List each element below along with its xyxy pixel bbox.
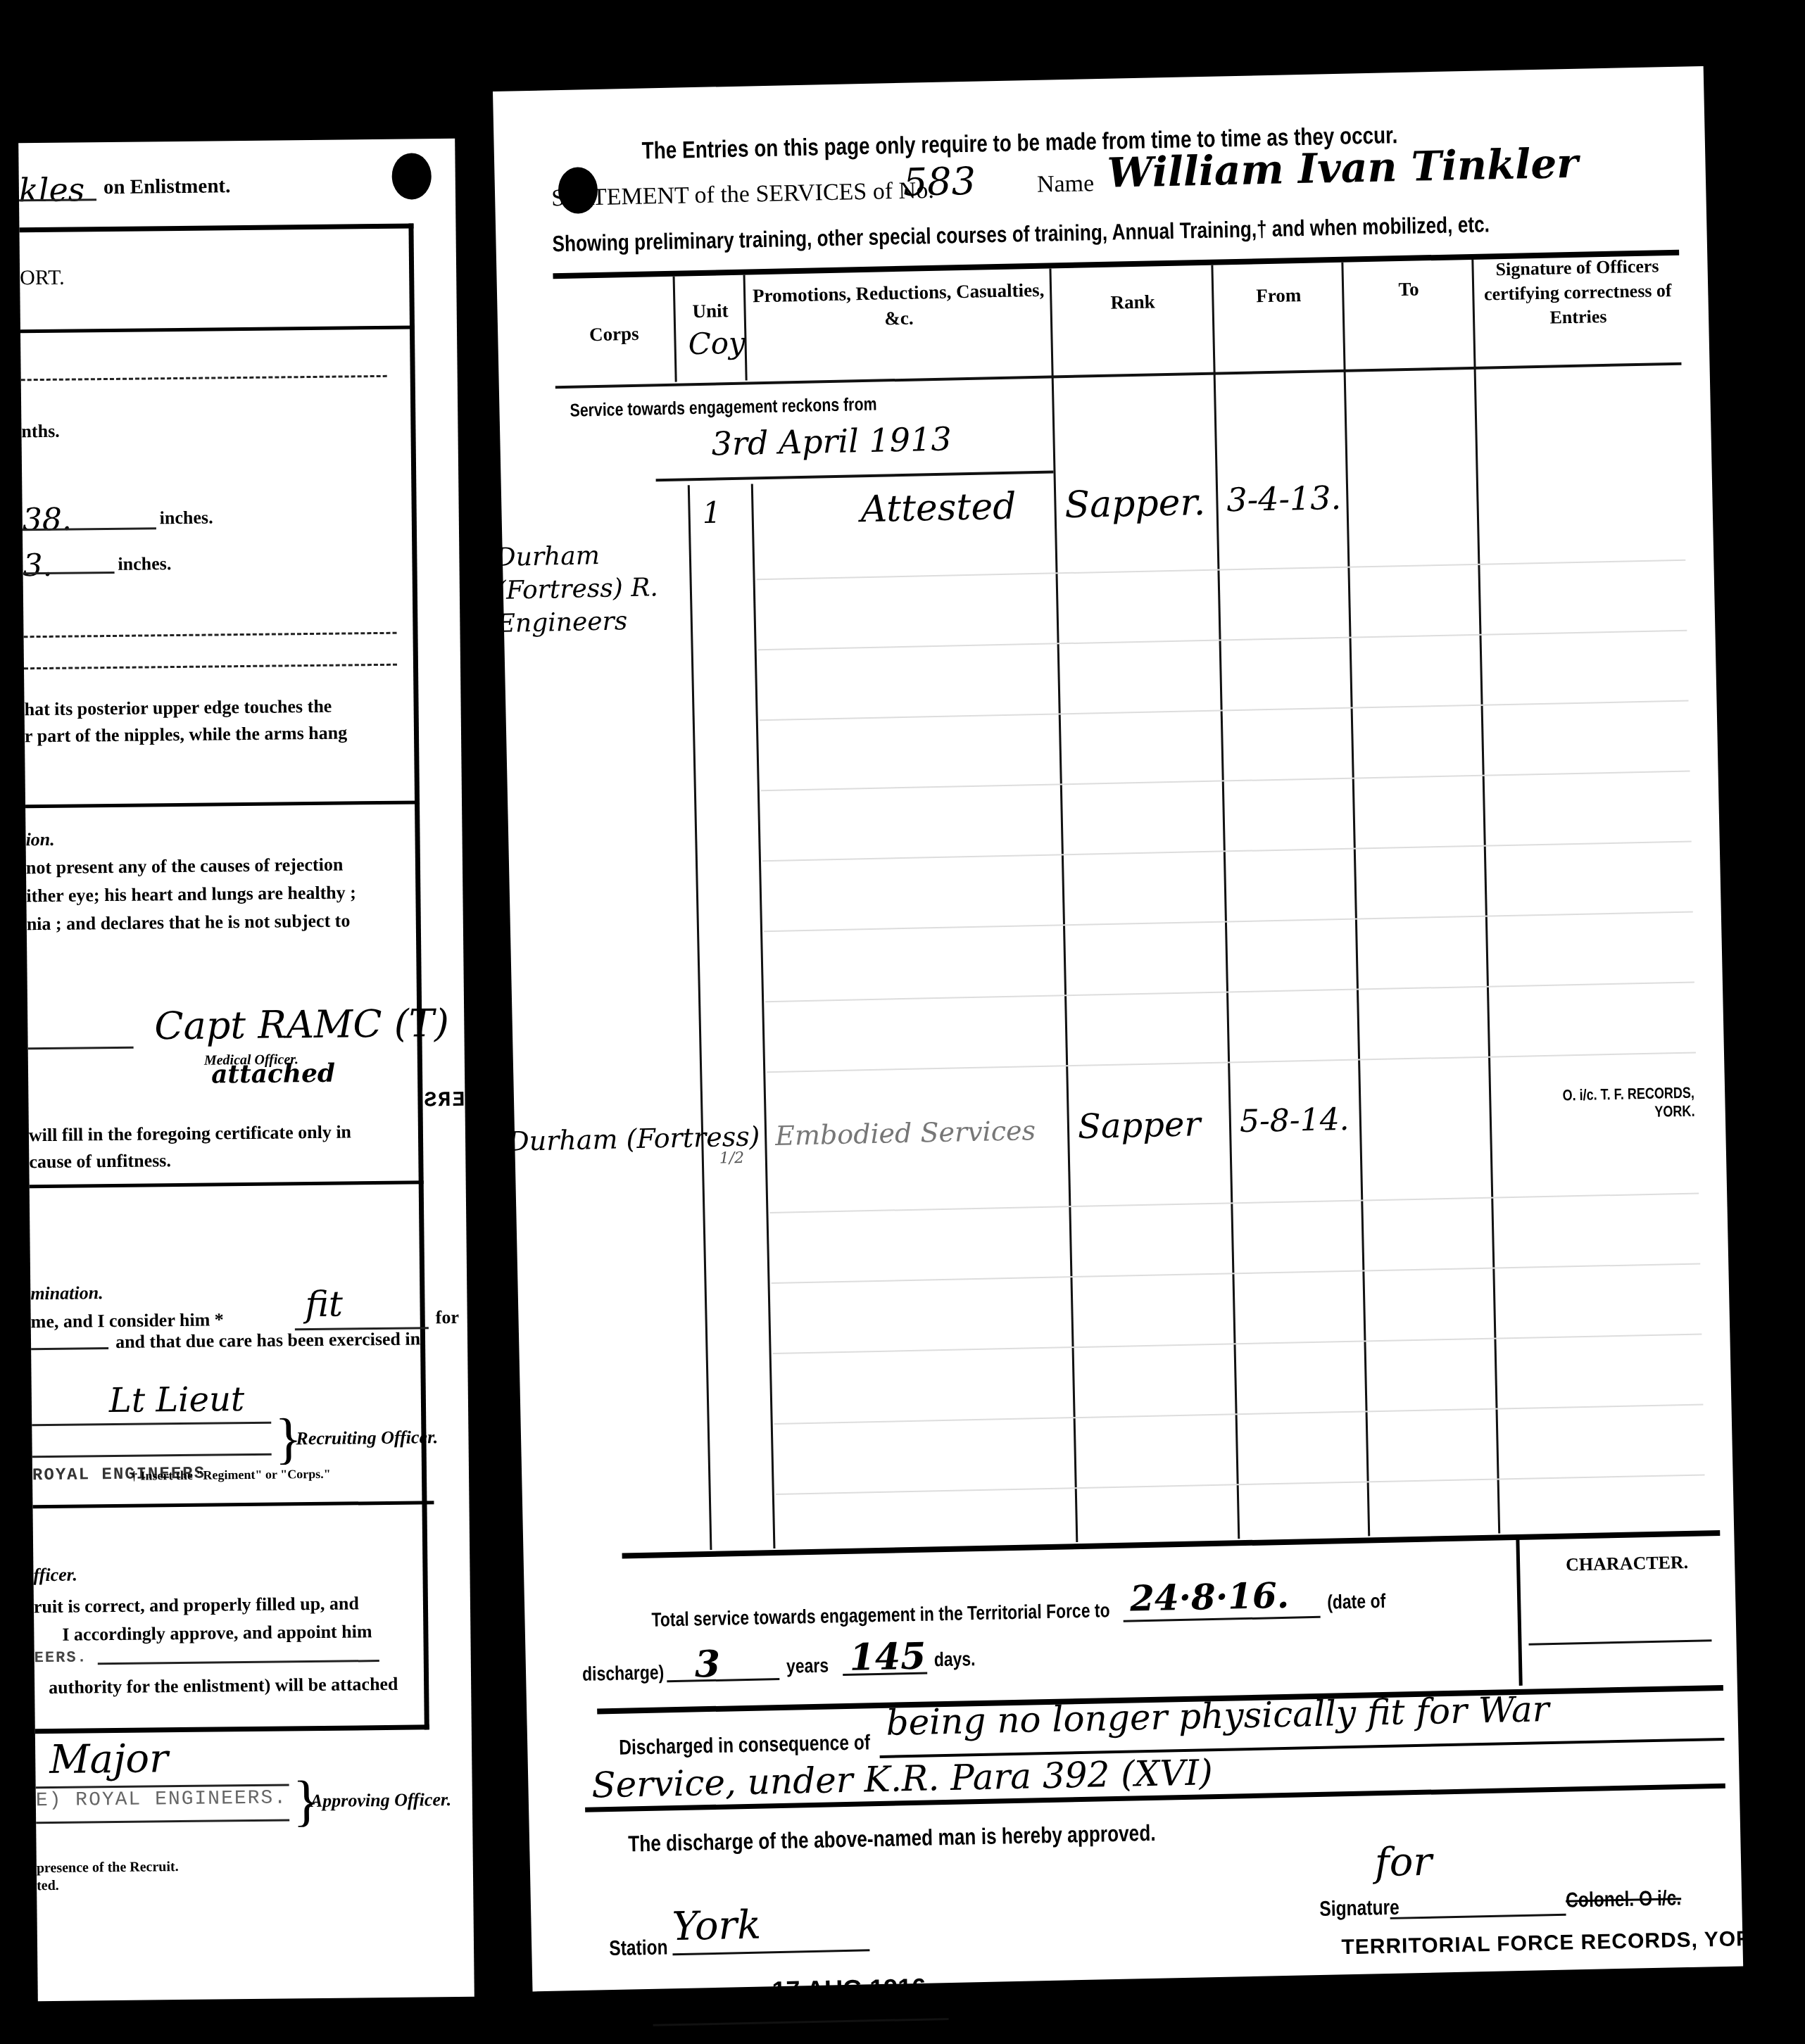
approving-officer-label: Approving Officer.	[310, 1789, 452, 1812]
colonel-signature: for	[1374, 1839, 1433, 1886]
ruled-line	[773, 1333, 1702, 1354]
recruiting-officer-signature: Lt Lieut	[109, 1380, 245, 1420]
col-header-unit: Unit	[677, 298, 744, 324]
row1-corps: Durham (Fortress) R. Engineers	[495, 538, 694, 641]
col-divider	[1471, 260, 1500, 1534]
chest-max-value: 38.	[23, 502, 73, 538]
discharge-paren: discharge)	[582, 1661, 665, 1685]
ruled-line	[758, 630, 1687, 651]
header-rule	[555, 362, 1682, 389]
attached-handwriting: attached	[211, 1059, 336, 1090]
examination-heading: ion.	[25, 829, 54, 850]
service-reckons-date: 3rd April 1913	[711, 419, 952, 462]
underline	[36, 1819, 289, 1824]
character-line	[1528, 1639, 1711, 1645]
station-value: York	[672, 1903, 762, 1950]
unit-handwritten: Coy	[688, 326, 746, 362]
total-service-date: 24·8·16.	[1129, 1575, 1289, 1620]
measurement-text-2: r part of the nipples, while the arms ha…	[25, 722, 347, 747]
medical-officer-signature: Capt RAMC (T)	[154, 1001, 449, 1048]
months-label: nths.	[21, 421, 60, 443]
recruiting-for: for	[436, 1307, 460, 1328]
col-divider	[751, 484, 776, 1548]
unfitness-text-1: will fill in the foregoing certificate o…	[29, 1121, 351, 1146]
measurement-text-1: hat its posterior upper edge touches the	[24, 696, 332, 721]
approving-heading: fficer.	[33, 1565, 77, 1586]
col-header-rank: Rank	[1053, 288, 1212, 317]
recruiting-text-1: me, and I consider him *	[31, 1309, 224, 1332]
service-number: 583	[902, 159, 976, 205]
footer-text-2: ted.	[37, 1878, 59, 1894]
signature-label: Signature	[1319, 1896, 1400, 1922]
total-service-date-of: (date of	[1327, 1590, 1386, 1614]
chest-range-value: 3.	[23, 548, 53, 583]
total-days: 145	[849, 1635, 926, 1679]
col-divider	[1211, 265, 1240, 1539]
station-label: Station	[609, 1936, 668, 1961]
col-header-from: From	[1215, 282, 1342, 310]
name-label: Name	[1037, 170, 1095, 198]
ruled-line	[769, 1192, 1699, 1213]
col-divider	[1049, 268, 1078, 1542]
approving-officer-signature: Major	[49, 1736, 168, 1783]
col-header-signature: Signature of Officers certifying correct…	[1475, 253, 1680, 332]
approving-text-3: authority for the enlistment) will be at…	[49, 1674, 398, 1698]
ruled-line	[764, 911, 1693, 933]
col-header-corps: Corps	[554, 320, 674, 348]
row2-from: 5-8-14.	[1239, 1102, 1350, 1140]
enlistment-underline	[19, 198, 96, 201]
examination-text-3: nia ; and declares that he is not subjec…	[27, 910, 351, 935]
examination-text-2: ither eye; his heart and lungs are healt…	[26, 882, 356, 907]
approving-text-1: ruit is correct, and properly filled up,…	[34, 1593, 359, 1617]
records-stamp: TERRITORIAL FORCE RECORDS, YORK.	[1341, 1926, 1775, 1960]
ruled-line	[776, 1474, 1705, 1495]
signature-underline	[1390, 1914, 1566, 1919]
ruled-line	[760, 700, 1689, 721]
fit-handwriting: fit	[305, 1284, 343, 1325]
col-divider	[1341, 263, 1370, 1537]
station-underline	[672, 1949, 869, 1955]
ruled-line	[762, 841, 1692, 862]
date-underline	[653, 2018, 949, 2026]
total-top-rule	[622, 1530, 1721, 1559]
footer-text-1: presence of the Recruit.	[37, 1859, 179, 1876]
recruiting-text-2: and that due care has been exercised in	[115, 1328, 420, 1353]
character-label: CHARACTER.	[1566, 1552, 1689, 1576]
row1-from: 3-4-13.	[1226, 479, 1342, 519]
recruiting-officer-label: Recruiting Officer.	[296, 1427, 438, 1449]
total-years: 3	[694, 1643, 720, 1686]
discharge-label: Discharged in consequence of	[619, 1731, 870, 1760]
date-label: Date	[610, 2003, 651, 2030]
ruled-line	[772, 1263, 1701, 1284]
enlistment-label: on Enlistment.	[103, 175, 231, 199]
chest-range-unit: inches.	[118, 553, 171, 575]
row1-unit: 1	[702, 495, 722, 530]
approving-stamp-1: EERS.	[34, 1648, 88, 1667]
report-heading: ORT.	[20, 266, 65, 291]
row2-promotions: Embodied Services	[775, 1115, 1036, 1152]
ruled-line	[765, 982, 1694, 1003]
ruled-line	[757, 560, 1686, 581]
years-underline	[667, 1678, 779, 1682]
examination-text-1: not present any of the causes of rejecti…	[26, 854, 344, 879]
ruled-line	[767, 1052, 1696, 1073]
approving-stamp-2: E) ROYAL ENGINEERS.	[36, 1787, 288, 1812]
col-header-promotions: Promotions, Reductions, Casualties, &c.	[747, 277, 1050, 334]
right-page: The Entries on this page only require to…	[493, 66, 1743, 1991]
col-header-to: To	[1345, 275, 1473, 303]
subtitle: Showing preliminary training, other spec…	[552, 211, 1490, 257]
date-stamp: 17 AUG 1916	[772, 1973, 926, 2006]
reckons-underline	[656, 470, 1054, 481]
punch-hole	[391, 153, 432, 200]
discharge-reason-1: being no longer physically fit for War	[886, 1689, 1549, 1743]
chest-max-unit: inches.	[160, 507, 213, 529]
days-label: days.	[933, 1648, 975, 1671]
row1-rank: Sapper.	[1064, 481, 1206, 526]
row2-rank: Sapper	[1077, 1104, 1200, 1147]
total-service-label: Total service towards engagement in the …	[651, 1599, 1110, 1632]
name-value: William Ivan Tinkler	[1107, 139, 1578, 197]
records-stamp-row2: O. i/c. T. F. RECORDS, YORK.	[1556, 1084, 1695, 1124]
service-reckons-label: Service towards engagement reckons from	[570, 393, 877, 422]
years-label: years	[786, 1655, 829, 1678]
character-divider	[1516, 1534, 1523, 1686]
discharge-approved: The discharge of the above-named man is …	[628, 1820, 1156, 1857]
statement-label: STATEMENT of the SERVICES of No.	[551, 177, 934, 212]
col-divider	[673, 277, 677, 382]
date-year: 1916.	[955, 1981, 1044, 2019]
approving-text-2: I accordingly approve, and appoint him	[62, 1621, 372, 1646]
row2-unit: 1/2	[719, 1149, 745, 1168]
col-divider	[688, 485, 712, 1550]
enlistment-handwriting: kles	[19, 170, 85, 209]
ruled-line	[761, 771, 1690, 792]
unfitness-text-2: cause of unfitness.	[29, 1150, 171, 1173]
row1-promotions: Attested	[860, 486, 1017, 531]
recruiting-footnote: † Insert the "Regiment" or "Corps."	[131, 1467, 331, 1484]
left-page: kles on Enlistment. ORT. nths. 38. inche…	[18, 139, 474, 2001]
reason-underline	[880, 1738, 1725, 1758]
ruled-line	[774, 1403, 1704, 1425]
signature-title: Colonel. O i/c.	[1566, 1886, 1682, 1912]
recruiting-heading: mination.	[30, 1282, 103, 1304]
